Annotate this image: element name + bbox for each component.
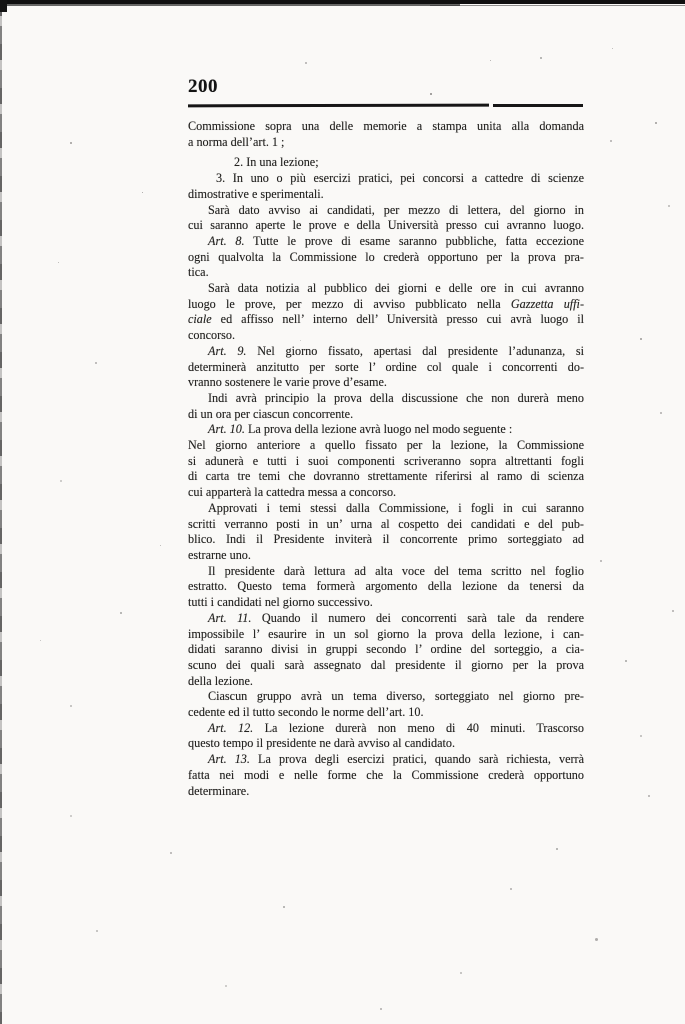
text-line: Art. 9. Nel giorno fissato, apertasi dal… xyxy=(188,344,584,360)
text-segment: didati saranno divisi in gruppi secondo … xyxy=(188,642,584,656)
noise-speck xyxy=(283,906,285,908)
noise-speck xyxy=(142,192,143,193)
text-line: a norma dell’art. 1 ; xyxy=(188,135,584,151)
noise-speck xyxy=(120,612,122,614)
text-line: Approvati i temi stessi dalla Commission… xyxy=(188,501,584,517)
text-segment: scritti verranno posti in un’ urna al co… xyxy=(188,517,584,531)
text-line: cui apparterà la cattedra messa a concor… xyxy=(188,485,584,501)
text-line: impossibile l’ esaurire in un sol giorno… xyxy=(188,627,584,643)
text-line: Art. 8. Tutte le prove di esame saranno … xyxy=(188,234,584,250)
noise-speck xyxy=(490,60,491,61)
text-segment: Ciascun gruppo avrà un tema diverso, sor… xyxy=(208,689,584,703)
noise-speck xyxy=(610,140,612,142)
text-line: didati saranno divisi in gruppi secondo … xyxy=(188,642,584,658)
text-line: Sarà data notizia al pubblico dei giorni… xyxy=(188,281,584,297)
text-segment: Nel giorno anteriore a quello fissato pe… xyxy=(188,438,584,452)
text-segment: dimostrative e sperimentali. xyxy=(188,187,324,201)
text-segment: ed affisso nell’ interno dell’ Universit… xyxy=(212,312,584,326)
body-text: Commissione sopra una delle memorie a st… xyxy=(188,119,584,799)
text-line: blico. Indi il Presidente inviterà il co… xyxy=(188,532,584,548)
text-segment: La lezione durerà non meno di 40 minuti.… xyxy=(253,721,584,735)
italic-text-segment: Gazzetta uffi- xyxy=(511,297,584,311)
text-segment: scuno dei quali sarà assegnato dal presi… xyxy=(188,658,584,672)
text-segment: Tutte le prove di esame saranno pubblich… xyxy=(245,234,584,248)
noise-speck xyxy=(300,340,301,341)
noise-speck xyxy=(600,560,602,562)
text-line: estrarne uno. xyxy=(188,548,584,564)
text-line: di carta tre temi che dovranno strettame… xyxy=(188,469,584,485)
text-segment: di carta tre temi che dovranno strettame… xyxy=(188,469,584,483)
noise-speck xyxy=(70,142,72,144)
text-segment: Quando il numero dei concorrenti sarà ta… xyxy=(251,611,584,625)
noise-speck xyxy=(380,1008,382,1010)
noise-speck xyxy=(60,480,62,482)
text-segment: vranno sostenere le varie prove d’esame. xyxy=(188,375,387,389)
noise-speck xyxy=(510,888,512,890)
text-segment: determinerà anzitutto per sorte l’ ordin… xyxy=(188,360,584,374)
text-line: di un ora per ciascun concorrente. xyxy=(188,407,584,423)
noise-speck xyxy=(660,412,662,414)
noise-speck xyxy=(160,545,161,546)
text-segment: determinare. xyxy=(188,784,249,798)
text-segment: Il presidente darà lettura ad alta voce … xyxy=(208,564,584,578)
text-segment: fatta nei modi e nelle forme che la Comm… xyxy=(188,768,584,782)
text-segment: La prova degli esercizi pratici, quando … xyxy=(250,752,584,766)
text-segment: cui saranno aperte le prove e della Univ… xyxy=(188,218,584,232)
noise-speck xyxy=(225,985,227,987)
noise-speck xyxy=(355,472,356,473)
text-segment: ogni qualvolta la Commissione lo crederà… xyxy=(188,250,584,264)
noise-speck xyxy=(58,262,59,263)
text-segment: concorso. xyxy=(188,328,235,342)
noise-speck xyxy=(648,795,650,797)
header-rule-right-segment xyxy=(493,104,583,107)
noise-speck xyxy=(595,938,598,941)
text-line: questo tempo il presidente ne darà avvis… xyxy=(188,736,584,752)
text-segment: luogo le prove, per mezzo di avviso pubb… xyxy=(188,297,511,311)
noise-speck xyxy=(500,128,501,129)
text-segment: Sarà data notizia al pubblico dei giorni… xyxy=(208,281,584,295)
italic-text-segment: Art. 13. xyxy=(208,752,250,766)
text-line: tica. xyxy=(188,265,584,281)
text-segment: di un ora per ciascun concorrente. xyxy=(188,407,353,421)
text-segment: tutti i candidati nel giorno successivo. xyxy=(188,595,373,609)
text-line: Ciascun gruppo avrà un tema diverso, sor… xyxy=(188,689,584,705)
noise-speck xyxy=(655,122,657,124)
text-segment: Indi avrà principio la prova della discu… xyxy=(208,391,584,405)
noise-speck xyxy=(640,338,642,340)
text-segment: cedente ed il tutto secondo le norme del… xyxy=(188,705,424,719)
text-line: scritti verranno posti in un’ urna al co… xyxy=(188,517,584,533)
text-line: 2. In una lezione; xyxy=(188,155,584,171)
text-line: della lezione. xyxy=(188,674,584,690)
noise-speck xyxy=(95,362,97,364)
text-line: determinerà anzitutto per sorte l’ ordin… xyxy=(188,360,584,376)
italic-text-segment: ciale xyxy=(188,312,212,326)
italic-text-segment: Art. 10. xyxy=(208,422,245,436)
scan-corner-blob xyxy=(0,0,7,12)
noise-speck xyxy=(430,93,432,95)
text-line: Indi avrà principio la prova della discu… xyxy=(188,391,584,407)
text-segment: cui apparterà la cattedra messa a concor… xyxy=(188,485,396,499)
text-line: Il presidente darà lettura ad alta voce … xyxy=(188,564,584,580)
noise-speck xyxy=(672,610,674,612)
text-line: fatta nei modi e nelle forme che la Comm… xyxy=(188,768,584,784)
text-line: luogo le prove, per mezzo di avviso pubb… xyxy=(188,297,584,313)
italic-text-segment: Art. 8. xyxy=(208,234,245,248)
scan-top-edge-thin xyxy=(430,5,685,6)
text-line: Art. 11. Quando il numero dei concorrent… xyxy=(188,611,584,627)
text-segment: a norma dell’art. 1 ; xyxy=(188,135,284,149)
text-segment: Sarà dato avviso ai candidati, per mezzo… xyxy=(208,203,584,217)
text-segment: estrarne uno. xyxy=(188,548,251,562)
header-rule-left-segment xyxy=(188,104,489,107)
text-segment: Nel giorno fissato, apertasi dal preside… xyxy=(246,344,584,358)
text-segment: 2. In una lezione; xyxy=(234,155,319,169)
text-segment: La prova della lezione avrà luogo nel mo… xyxy=(245,422,512,436)
text-line: estratto. Questo tema formerà argomento … xyxy=(188,579,584,595)
text-line: si adunerà e tutti i suoi componenti scr… xyxy=(188,454,584,470)
italic-text-segment: Art. 12. xyxy=(208,721,253,735)
noise-speck xyxy=(40,640,41,641)
text-line: concorso. xyxy=(188,328,584,344)
noise-speck xyxy=(612,48,613,49)
noise-speck xyxy=(96,930,98,932)
text-segment: 3. In uno o più esercizi pratici, pei co… xyxy=(216,171,584,185)
text-segment: Approvati i temi stessi dalla Commission… xyxy=(208,501,584,515)
text-line: scuno dei quali sarà assegnato dal presi… xyxy=(188,658,584,674)
scanned-book-page: 200 Commissione sopra una delle memorie … xyxy=(0,0,685,1024)
text-line: determinare. xyxy=(188,784,584,800)
noise-speck xyxy=(520,760,521,761)
noise-speck xyxy=(170,852,172,854)
text-line: Commissione sopra una delle memorie a st… xyxy=(188,119,584,135)
noise-speck xyxy=(305,62,307,64)
text-line: Art. 10. La prova della lezione avrà luo… xyxy=(188,422,584,438)
italic-text-segment: Art. 9. xyxy=(208,344,246,358)
text-line: ogni qualvolta la Commissione lo crederà… xyxy=(188,250,584,266)
noise-speck xyxy=(668,205,670,207)
scan-top-edge-shadow xyxy=(0,4,460,6)
scan-left-edge xyxy=(0,0,2,1024)
text-line: 3. In uno o più esercizi pratici, pei co… xyxy=(188,171,584,187)
text-segment: si adunerà e tutti i suoi componenti scr… xyxy=(188,454,584,468)
text-line: vranno sostenere le varie prove d’esame. xyxy=(188,375,584,391)
noise-speck xyxy=(556,848,558,850)
noise-speck xyxy=(70,705,72,707)
text-line: Art. 12. La lezione durerà non meno di 4… xyxy=(188,721,584,737)
italic-text-segment: Art. 11. xyxy=(208,611,251,625)
page-number: 200 xyxy=(188,76,218,98)
text-segment: tica. xyxy=(188,265,209,279)
noise-speck xyxy=(640,735,642,737)
text-segment: Commissione sopra una delle memorie a st… xyxy=(188,119,584,133)
noise-speck xyxy=(70,815,72,817)
text-segment: blico. Indi il Presidente inviterà il co… xyxy=(188,532,584,546)
text-segment: questo tempo il presidente ne darà avvis… xyxy=(188,736,455,750)
text-line: ciale ed affisso nell’ interno dell’ Uni… xyxy=(188,312,584,328)
text-segment: estratto. Questo tema formerà argomento … xyxy=(188,579,584,593)
text-line: Nel giorno anteriore a quello fissato pe… xyxy=(188,438,584,454)
text-line: cedente ed il tutto secondo le norme del… xyxy=(188,705,584,721)
text-line: cui saranno aperte le prove e della Univ… xyxy=(188,218,584,234)
text-line: dimostrative e sperimentali. xyxy=(188,187,584,203)
text-line: tutti i candidati nel giorno successivo. xyxy=(188,595,584,611)
noise-speck xyxy=(460,972,462,974)
text-line: Sarà dato avviso ai candidati, per mezzo… xyxy=(188,203,584,219)
text-segment: della lezione. xyxy=(188,674,253,688)
text-segment: impossibile l’ esaurire in un sol giorno… xyxy=(188,627,584,641)
noise-speck xyxy=(625,660,627,662)
text-line: Art. 13. La prova degli esercizi pratici… xyxy=(188,752,584,768)
noise-speck xyxy=(540,57,542,59)
